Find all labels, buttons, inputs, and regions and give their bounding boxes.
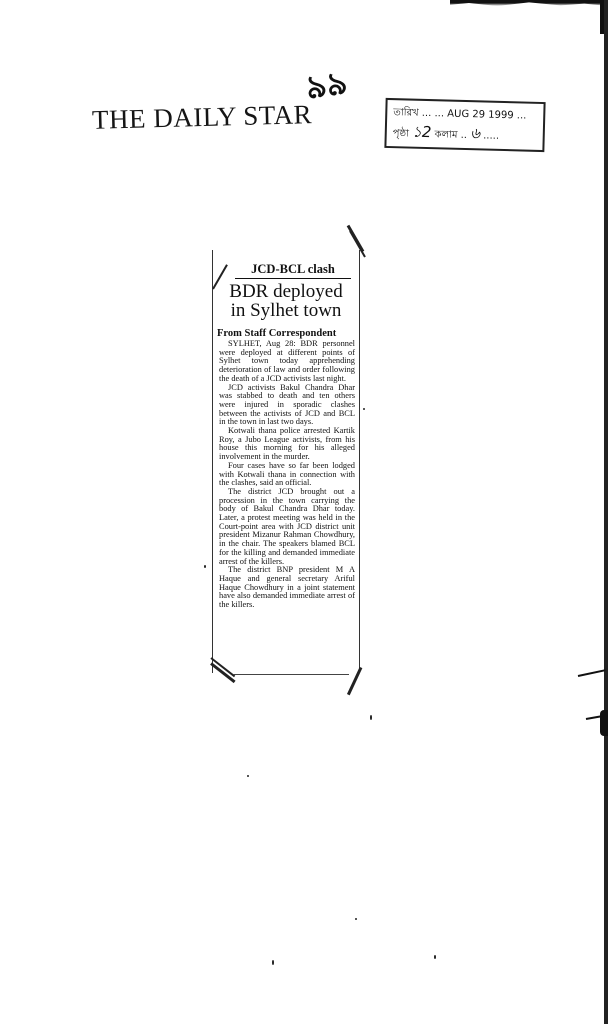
article-headline: BDR deployed in Sylhet town	[213, 282, 359, 320]
scan-speck	[363, 408, 365, 410]
stamp-column-label: কলাম	[434, 129, 457, 141]
article-paragraph: SYLHET, Aug 28: BDR personnel were deplo…	[219, 340, 355, 384]
archive-stamp: তারিখ ... ... AUG 29 1999 ... পৃষ্ঠা ১2 …	[384, 98, 545, 152]
stamp-dots: ..	[461, 130, 471, 141]
article-paragraph: The district JCD brought out a processio…	[219, 488, 355, 566]
handwritten-annotation: ৯৯	[302, 57, 351, 116]
scan-edge-top	[450, 0, 608, 6]
scan-speck	[272, 960, 274, 965]
stamp-date-value: AUG 29 1999	[447, 109, 514, 122]
stamp-page-value: ১2	[412, 123, 432, 141]
stamp-dots: .....	[483, 130, 499, 141]
stamp-column-value: ৬	[470, 124, 480, 142]
scan-mark	[578, 669, 606, 677]
headline-line: in Sylhet town	[213, 301, 359, 320]
article-kicker: JCD-BCL clash	[235, 262, 351, 279]
article-paragraph: JCD activists Bakul Chandra Dhar was sta…	[219, 384, 355, 428]
scan-speck	[204, 565, 206, 568]
newspaper-masthead: THE DAILY STAR	[92, 99, 313, 136]
stamp-date-label: তারিখ	[393, 107, 419, 119]
clipping-corner-mark	[349, 231, 366, 258]
stamp-dots: ... ...	[422, 108, 448, 120]
article-paragraph: The district BNP president M A Haque and…	[219, 566, 355, 610]
news-clipping: JCD-BCL clash BDR deployed in Sylhet tow…	[212, 250, 360, 673]
stamp-page-row: পৃষ্ঠা ১2 কলাম .. ৬ .....	[393, 122, 538, 147]
article-byline: From Staff Correspondent	[217, 328, 359, 339]
stamp-dots: ...	[517, 110, 527, 121]
stamp-page-label: পৃষ্ঠা	[393, 128, 409, 139]
scan-speck	[434, 955, 436, 959]
article-body: SYLHET, Aug 28: BDR personnel were deplo…	[219, 340, 355, 610]
article-paragraph: Four cases have so far been lodged with …	[219, 462, 355, 488]
scan-speck	[355, 918, 357, 920]
scan-edge-right	[604, 0, 608, 1024]
scan-speck	[370, 715, 372, 720]
clipping-bottom-edge	[233, 674, 349, 675]
scan-blot	[600, 710, 608, 736]
headline-line: BDR deployed	[213, 282, 359, 301]
clipping-corner-mark	[347, 667, 362, 695]
scan-speck	[247, 775, 249, 777]
article-paragraph: Kotwali thana police arrested Kartik Roy…	[219, 427, 355, 462]
